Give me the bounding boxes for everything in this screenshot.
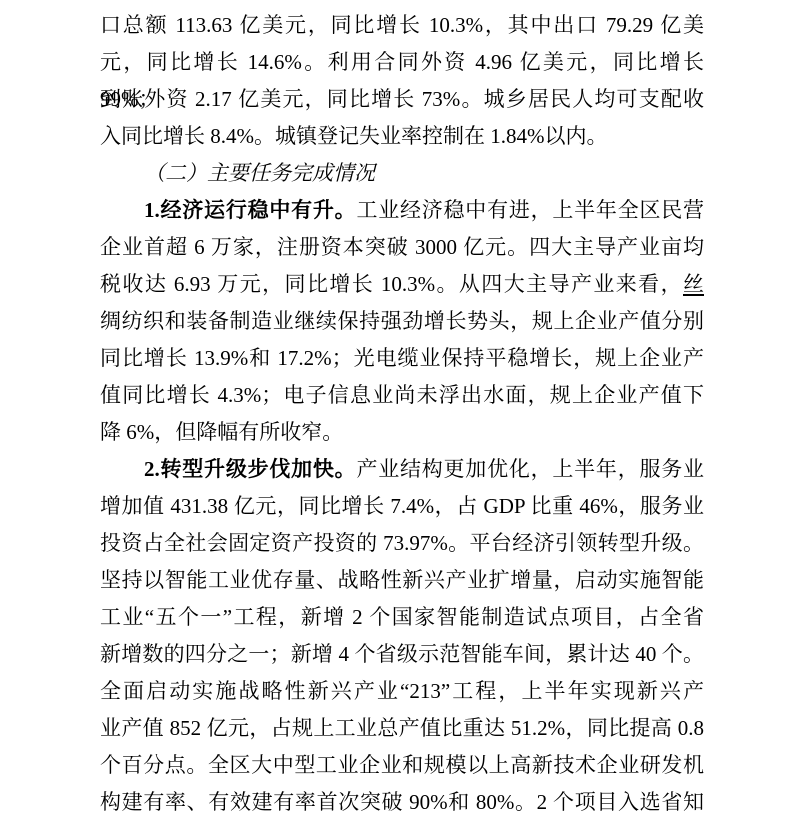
text-line: 构建有率、有效建有率首次突破 90%和 80%。2 个项目入选省知 (100, 784, 704, 821)
line-text: 产业结构更加优化，上半年，服务业 (356, 457, 704, 481)
numbered-point-lead: 1.经济运行稳中有升。 (144, 198, 356, 222)
document-text-block: 口总额 113.63 亿美元，同比增长 10.3%，其中出口 79.29 亿美 … (100, 7, 704, 821)
line-text: 值同比增长 4.3%；电子信息业尚未浮出水面，规上企业产值下 (100, 383, 704, 407)
line-text: 入同比增长 8.4%。城镇登记失业率控制在 1.84%以内。 (100, 124, 608, 148)
text-line: 业产值 852 亿元，占规上工业总产值比重达 51.2%，同比提高 0.8 (100, 710, 704, 747)
line-text: 企业首超 6 万家，注册资本突破 3000 亿元。四大主导产业亩均 (100, 235, 704, 259)
underlined-text: 丝 (683, 272, 704, 296)
text-line: 2.转型升级步伐加快。产业结构更加优化，上半年，服务业 (100, 451, 704, 488)
text-line: 入同比增长 8.4%。城镇登记失业率控制在 1.84%以内。 (100, 118, 704, 155)
text-line: 值同比增长 4.3%；电子信息业尚未浮出水面，规上企业产值下 (100, 377, 704, 414)
line-text: 税收达 6.93 万元，同比增长 10.3%。从四大主导产业来看， (100, 272, 683, 296)
text-line: 个百分点。全区大中型工业企业和规模以上高新技术企业研发机 (100, 747, 704, 784)
line-text: 绸纺织和装备制造业继续保持强劲增长势头，规上企业产值分别 (100, 309, 704, 333)
line-text: 投资占全社会固定资产投资的 73.97%。平台经济引领转型升级。 (100, 531, 704, 555)
text-line: 全面启动实施战略性新兴产业“213”工程，上半年实现新兴产 (100, 673, 704, 710)
line-text: 业产值 852 亿元，占规上工业总产值比重达 51.2%，同比提高 0.8 (100, 716, 704, 740)
text-line: 坚持以智能工业优存量、战略性新兴产业扩增量，启动实施智能 (100, 562, 704, 599)
line-text: 工业经济稳中有进，上半年全区民营 (356, 198, 704, 222)
text-line: 口总额 113.63 亿美元，同比增长 10.3%，其中出口 79.29 亿美 (100, 7, 704, 44)
line-text: 降 6%，但降幅有所收窄。 (100, 420, 343, 444)
line-text: 口总额 113.63 亿美元，同比增长 10.3%，其中出口 79.29 亿美 (100, 13, 704, 37)
section-heading-text: （二）主要任务完成情况 (144, 161, 375, 185)
text-line: 投资占全社会固定资产投资的 73.97%。平台经济引领转型升级。 (100, 525, 704, 562)
text-line: 增加值 431.38 亿元，同比增长 7.4%，占 GDP 比重 46%，服务业 (100, 488, 704, 525)
line-text: 新增数的四分之一；新增 4 个省级示范智能车间，累计达 40 个。 (100, 642, 704, 666)
line-text: 坚持以智能工业优存量、战略性新兴产业扩增量，启动实施智能 (100, 568, 704, 592)
text-line: 税收达 6.93 万元，同比增长 10.3%。从四大主导产业来看，丝 (100, 266, 704, 303)
text-line: 同比增长 13.9%和 17.2%；光电缆业保持平稳增长，规上企业产 (100, 340, 704, 377)
text-line: 绸纺织和装备制造业继续保持强劲增长势头，规上企业产值分别 (100, 303, 704, 340)
text-line: 企业首超 6 万家，注册资本突破 3000 亿元。四大主导产业亩均 (100, 229, 704, 266)
line-text: 增加值 431.38 亿元，同比增长 7.4%，占 GDP 比重 46%，服务业 (100, 494, 704, 518)
document-page: 口总额 113.63 亿美元，同比增长 10.3%，其中出口 79.29 亿美 … (0, 0, 793, 822)
line-text: 到账外资 2.17 亿美元，同比增长 73%。城乡居民人均可支配收 (100, 87, 704, 111)
line-text: 同比增长 13.9%和 17.2%；光电缆业保持平稳增长，规上企业产 (100, 346, 704, 370)
text-line: 元，同比增长 14.6%。利用合同外资 4.96 亿美元，同比增长 99%； (100, 44, 704, 81)
numbered-point-lead: 2.转型升级步伐加快。 (144, 457, 356, 481)
text-line: 到账外资 2.17 亿美元，同比增长 73%。城乡居民人均可支配收 (100, 81, 704, 118)
text-line: 1.经济运行稳中有升。工业经济稳中有进，上半年全区民营 (100, 192, 704, 229)
text-line: 工业“五个一”工程，新增 2 个国家智能制造试点项目，占全省 (100, 599, 704, 636)
line-text: 工业“五个一”工程，新增 2 个国家智能制造试点项目，占全省 (100, 605, 704, 629)
text-line: 新增数的四分之一；新增 4 个省级示范智能车间，累计达 40 个。 (100, 636, 704, 673)
line-text: 构建有率、有效建有率首次突破 90%和 80%。2 个项目入选省知 (100, 790, 704, 814)
line-text: 个百分点。全区大中型工业企业和规模以上高新技术企业研发机 (100, 753, 704, 777)
text-line: 降 6%，但降幅有所收窄。 (100, 414, 704, 451)
line-text: 全面启动实施战略性新兴产业“213”工程，上半年实现新兴产 (100, 679, 704, 703)
section-heading: （二）主要任务完成情况 (100, 155, 704, 192)
